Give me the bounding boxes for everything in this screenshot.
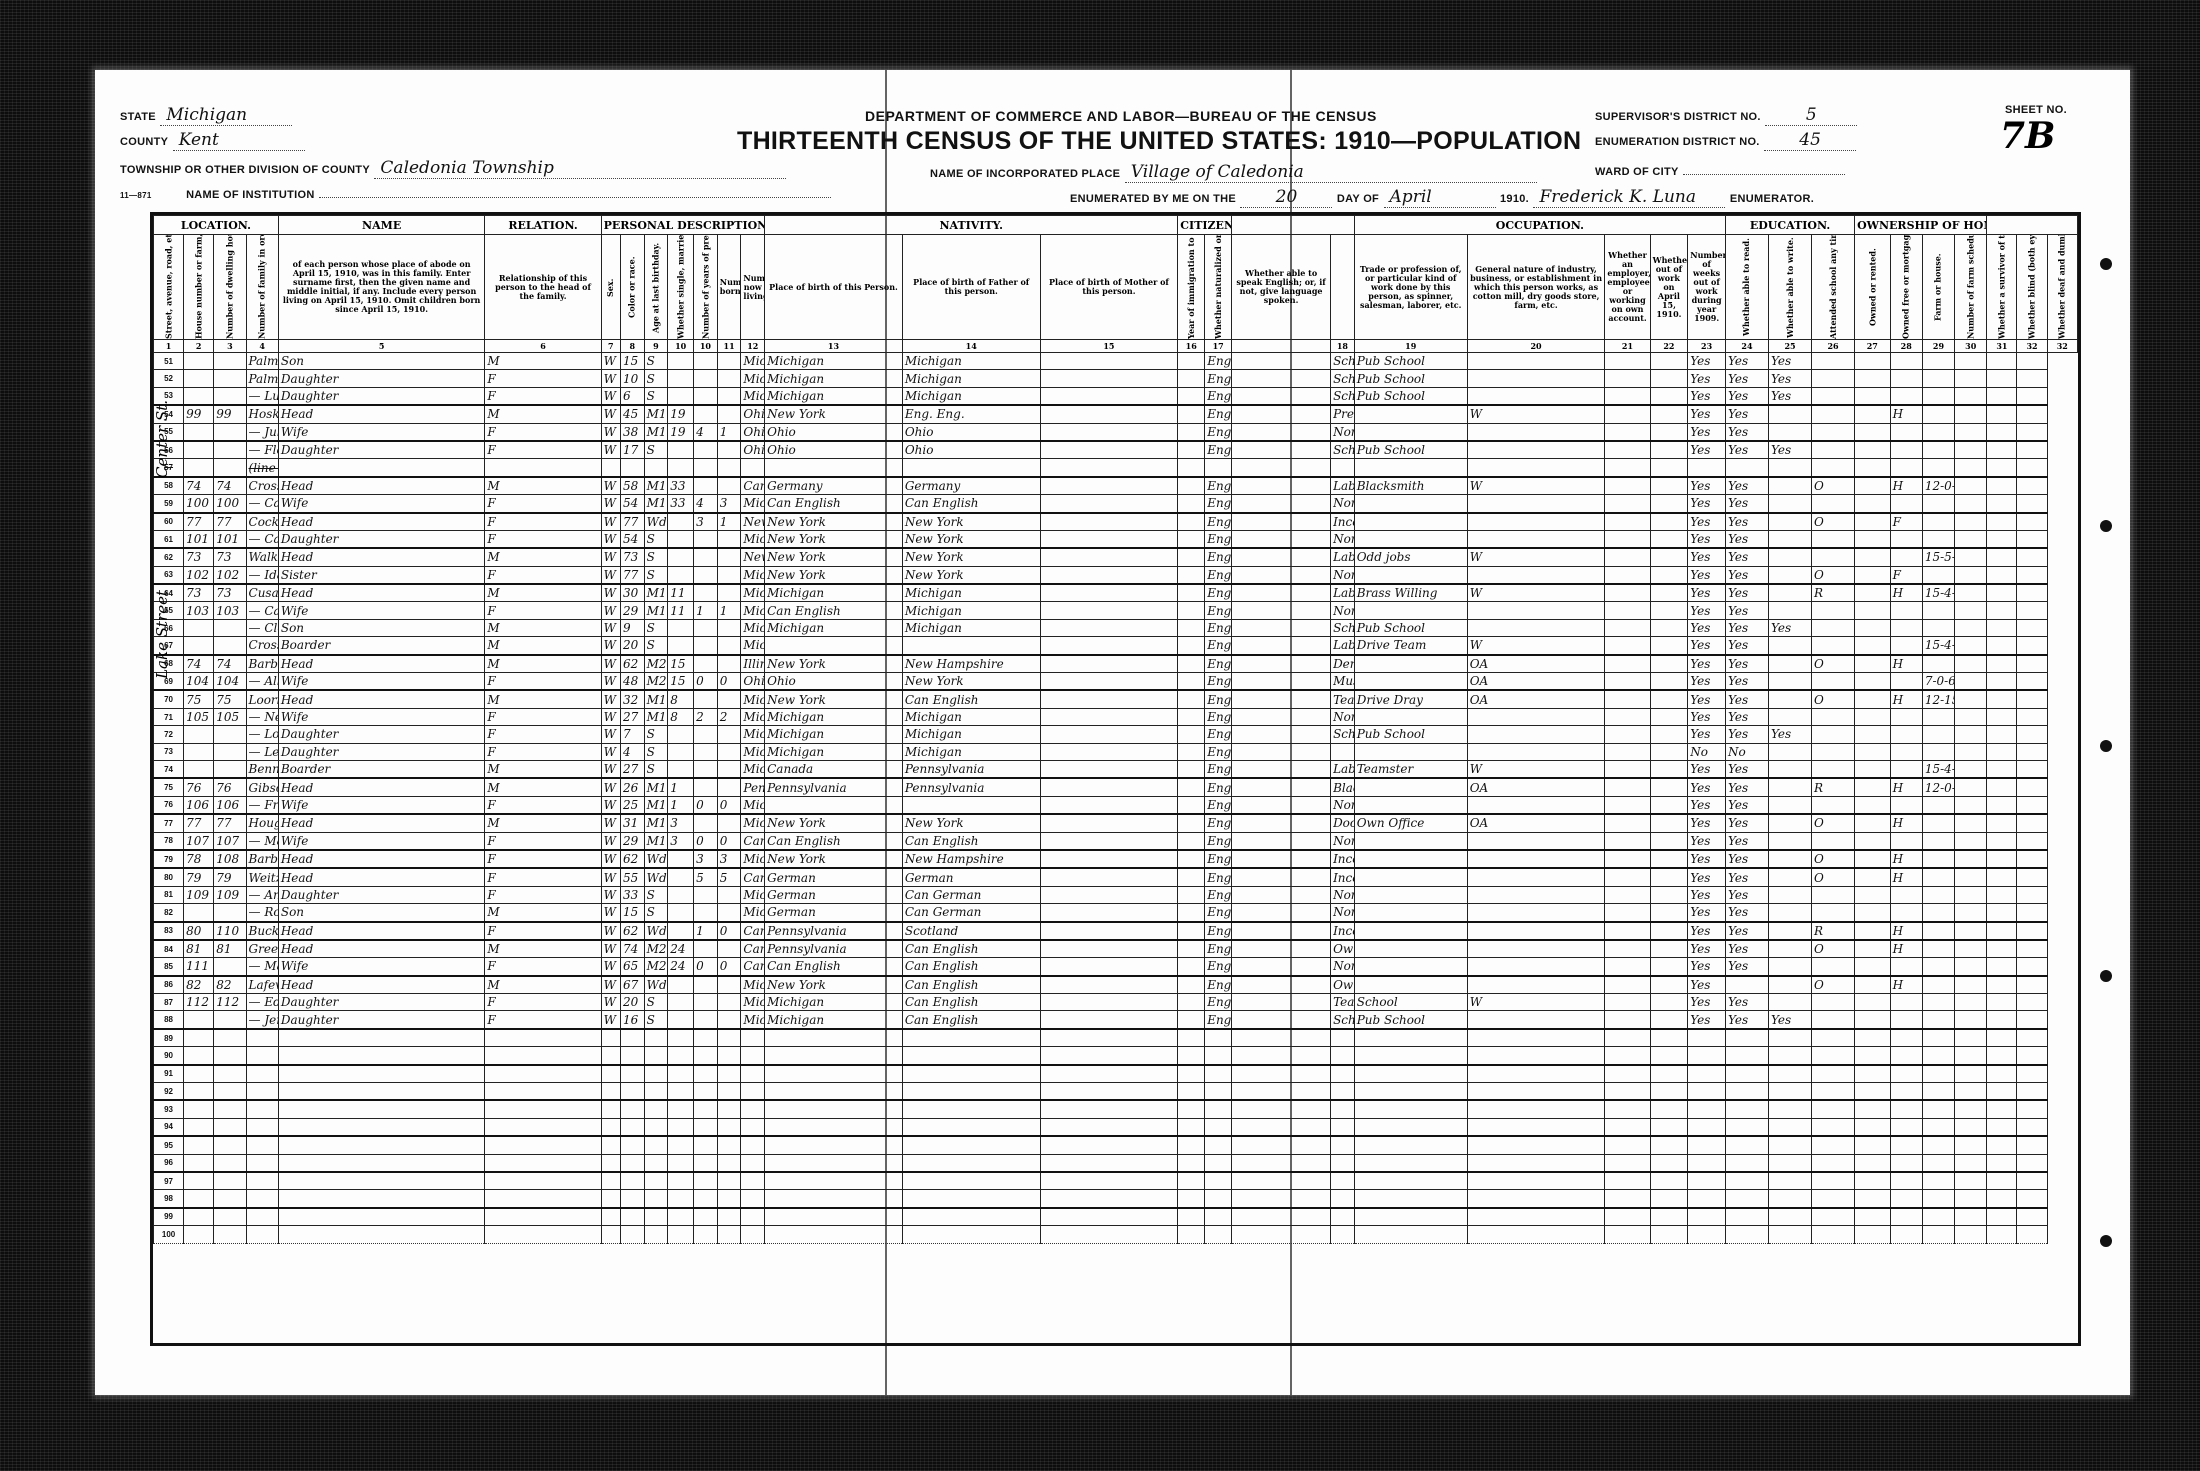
header-out-of-work: Whether out of work on April 15, 1910. [1650, 235, 1688, 340]
cell-empty [1232, 832, 1331, 850]
cell-lang: English [1205, 976, 1232, 994]
line-number: 58 [154, 477, 184, 495]
cell-read: Yes [1688, 477, 1726, 495]
cell-dwelling [184, 387, 214, 405]
cell-industry: Drive Dray [1354, 690, 1467, 708]
cell-schedule: 7-0-6-X [1922, 673, 1954, 691]
cell-lang: English [1205, 655, 1232, 673]
header-farm: Farm or house. [1922, 235, 1954, 340]
cell-bp: Michigan [741, 726, 765, 743]
cell-empty [1650, 1154, 1688, 1172]
cell-write: Yes [1725, 530, 1768, 548]
table-row: 97 [154, 1172, 2078, 1190]
cell-empty [1605, 958, 1650, 976]
cell-farm: H [1890, 850, 1922, 868]
cell-dwelling [184, 904, 214, 922]
line-number: 79 [154, 850, 184, 868]
cell-empty [1605, 566, 1650, 584]
cell-living [717, 814, 741, 832]
cell-empty [1232, 850, 1331, 868]
cell-bpf [765, 1083, 903, 1101]
cell-sex: M [485, 637, 601, 655]
cell-trade [1331, 1190, 1355, 1208]
cell-marital: Wd [644, 513, 668, 531]
cell-owned [1812, 637, 1855, 655]
cell-born [694, 370, 718, 387]
cell-empty [1040, 655, 1178, 673]
cell-race [601, 459, 620, 477]
cell-empty [1605, 441, 1650, 459]
cell-industry: Pub School [1354, 441, 1467, 459]
cell-name: — Catherine C [246, 495, 278, 513]
cell-name: — Maranda [246, 958, 278, 976]
cell-emp [1467, 441, 1605, 459]
column-number: 13 [765, 340, 903, 353]
cell-age [620, 1083, 644, 1101]
cell-marital: S [644, 441, 668, 459]
cell-dwelling [184, 637, 214, 655]
cell-read: Yes [1688, 584, 1726, 602]
cell-relation [278, 1136, 485, 1154]
cell-read: Yes [1688, 690, 1726, 708]
cell-read [1688, 1208, 1726, 1226]
cell-bpm: Can English [902, 976, 1040, 994]
cell-emp [1467, 708, 1605, 725]
cell-marital: Wd [644, 850, 668, 868]
cell-trade: Dentist [1331, 655, 1355, 673]
cell-empty [1987, 423, 2017, 441]
cell-race: W [601, 655, 620, 673]
cell-empty [1955, 1083, 1987, 1101]
cell-empty [1232, 886, 1331, 903]
cell-age: 33 [620, 886, 644, 903]
cell-family [214, 1011, 246, 1029]
cell-empty [1605, 1208, 1650, 1226]
cell-bp: Pennsylvania [741, 778, 765, 796]
cell-living [717, 405, 741, 423]
cell-farm: H [1890, 814, 1922, 832]
cell-trade: None [1331, 958, 1355, 976]
cell-marital: M2 [644, 958, 668, 976]
group-name: NAME [278, 216, 485, 235]
cell-sex: M [485, 690, 601, 708]
line-number: 84 [154, 940, 184, 958]
cell-trade: Music Teacher [1331, 673, 1355, 691]
cell-dwelling [184, 1190, 214, 1208]
cell-years [668, 1100, 694, 1118]
cell-empty [2017, 1172, 2047, 1190]
cell-born [694, 690, 718, 708]
cell-empty [1855, 690, 1891, 708]
cell-bp: New York [741, 513, 765, 531]
cell-family [214, 904, 246, 922]
cell-empty [1855, 1029, 1891, 1047]
cell-empty [1178, 619, 1205, 636]
cell-empty [1178, 940, 1205, 958]
cell-living: 0 [717, 922, 741, 940]
table-row: 71105105— NellieWifeFW27M1822MichiganMic… [154, 708, 2078, 725]
cell-years [668, 530, 694, 548]
cell-school [1769, 495, 1812, 513]
cell-age: 32 [620, 690, 644, 708]
cell-empty [1955, 513, 1987, 531]
cell-empty [1178, 370, 1205, 387]
cell-empty [1178, 1226, 1205, 1243]
cell-empty [1987, 1154, 2017, 1172]
cell-empty [1955, 1172, 1987, 1190]
cell-bpf: Michigan [765, 584, 903, 602]
cell-empty [1232, 1065, 1331, 1083]
cell-sex: F [485, 850, 601, 868]
cell-marital: S [644, 726, 668, 743]
county-field: COUNTY Kent [120, 130, 305, 151]
cell-empty [1040, 778, 1178, 796]
cell-relation [278, 1172, 485, 1190]
cell-family: 76 [214, 778, 246, 796]
cell-farm: H [1890, 584, 1922, 602]
table-row: 687474Barber William OHeadMW62M215Illino… [154, 655, 2078, 673]
cell-marital [644, 1047, 668, 1065]
column-number: 2 [184, 340, 214, 353]
cell-bp: Michigan [741, 796, 765, 814]
cell-bpm [902, 1100, 1040, 1118]
cell-write: Yes [1725, 405, 1768, 423]
cell-name: — Julia A [246, 423, 278, 441]
cell-born: 4 [694, 495, 718, 513]
cell-race [601, 1208, 620, 1226]
line-number: 61 [154, 530, 184, 548]
cell-age: 73 [620, 548, 644, 566]
cell-empty [2017, 726, 2047, 743]
cell-owned: O [1812, 850, 1855, 868]
cell-schedule [1922, 904, 1954, 922]
cell-owned [1812, 548, 1855, 566]
cell-dwelling [184, 423, 214, 441]
cell-years: 24 [668, 940, 694, 958]
cell-name: — Cleo [246, 619, 278, 636]
line-number: 59 [154, 495, 184, 513]
cell-empty [1232, 1136, 1331, 1154]
cell-empty [1040, 886, 1178, 903]
cell-empty [1232, 602, 1331, 619]
cell-empty [1855, 441, 1891, 459]
cell-schedule [1922, 1011, 1954, 1029]
cell-school [1769, 1154, 1812, 1172]
cell-relation: Sister [278, 566, 485, 584]
cell-bpm: New York [902, 548, 1040, 566]
cell-empty [1855, 1136, 1891, 1154]
cell-marital: M1 [644, 690, 668, 708]
cell-years: 24 [668, 958, 694, 976]
cell-emp [1467, 976, 1605, 994]
cell-empty [1650, 619, 1688, 636]
cell-owned [1812, 1011, 1855, 1029]
cell-farm [1890, 1100, 1922, 1118]
column-numbers: 1234567891010111213141516171819202122232… [154, 340, 2078, 353]
cell-dwelling [184, 1083, 214, 1101]
cell-lang: English [1205, 760, 1232, 778]
cell-bp: Michigan [741, 584, 765, 602]
column-number: 24 [1725, 340, 1768, 353]
cell-dwelling: 74 [184, 655, 214, 673]
cell-living: 3 [717, 495, 741, 513]
cell-living [717, 353, 741, 370]
cell-dwelling: 103 [184, 602, 214, 619]
cell-family [214, 423, 246, 441]
cell-empty [1650, 477, 1688, 495]
table-row: 89 [154, 1029, 2078, 1047]
cell-bpm [902, 459, 1040, 477]
cell-empty [1855, 673, 1891, 691]
cell-lang: English [1205, 566, 1232, 584]
cell-years [668, 1029, 694, 1047]
cell-name: — Lula M [246, 387, 278, 405]
cell-write: Yes [1725, 387, 1768, 405]
cell-race: W [601, 477, 620, 495]
cell-dwelling [184, 619, 214, 636]
cell-living: 1 [717, 602, 741, 619]
cell-farm: H [1890, 405, 1922, 423]
cell-sex [485, 1100, 601, 1118]
cell-owned [1812, 387, 1855, 405]
cell-dwelling: 76 [184, 778, 214, 796]
header-age: Age at last birthday. [644, 235, 668, 340]
table-row: 52Palmer FlorenceDaughterFW10SMichiganMi… [154, 370, 2078, 387]
cell-relation: Head [278, 655, 485, 673]
cell-schedule [1922, 441, 1954, 459]
cell-empty [2017, 1154, 2047, 1172]
cell-name: Palmer Raymond [246, 353, 278, 370]
cell-empty [1987, 796, 2017, 814]
cell-empty [1040, 922, 1178, 940]
cell-trade [1331, 1172, 1355, 1190]
cell-years [668, 886, 694, 903]
cell-bp [741, 1190, 765, 1208]
cell-empty [1855, 778, 1891, 796]
cell-empty [1178, 726, 1205, 743]
cell-family [214, 1047, 246, 1065]
cell-industry: Pub School [1354, 726, 1467, 743]
header-employer: Whether an employer, employee, or workin… [1605, 235, 1650, 340]
cell-empty [1955, 994, 1987, 1011]
cell-empty [1650, 1208, 1688, 1226]
cell-empty [1855, 1226, 1891, 1243]
group-relation: RELATION. [485, 216, 601, 235]
cell-relation: Wife [278, 832, 485, 850]
cell-years: 11 [668, 602, 694, 619]
column-number: 30 [1955, 340, 1987, 353]
cell-living: 1 [717, 423, 741, 441]
cell-bpf: New York [765, 566, 903, 584]
cell-lang: English [1205, 423, 1232, 441]
cell-name: Bennice Abe [246, 760, 278, 778]
cell-write [1725, 1100, 1768, 1118]
cell-owned [1812, 886, 1855, 903]
cell-empty [1987, 1226, 2017, 1243]
header-blind: Whether blind (both eyes). [2017, 235, 2047, 340]
cell-empty [1650, 760, 1688, 778]
cell-family: 105 [214, 708, 246, 725]
cell-age [620, 1047, 644, 1065]
cell-emp [1467, 353, 1605, 370]
cell-born: 3 [694, 850, 718, 868]
cell-living [717, 1172, 741, 1190]
cell-empty [1040, 637, 1178, 655]
cell-dwelling: 75 [184, 690, 214, 708]
cell-schedule [1922, 566, 1954, 584]
cell-empty [1855, 602, 1891, 619]
cell-farm [1890, 1154, 1922, 1172]
cell-school [1769, 530, 1812, 548]
cell-race: W [601, 922, 620, 940]
cell-family: 106 [214, 796, 246, 814]
cell-sex: M [485, 760, 601, 778]
header-weeks-out: Number of weeks out of work during year … [1688, 235, 1726, 340]
cell-owned [1812, 1154, 1855, 1172]
cell-marital: S [644, 904, 668, 922]
punch-hole-icon [2100, 1235, 2112, 1247]
cell-emp: OA [1467, 655, 1605, 673]
cell-farm [1890, 886, 1922, 903]
cell-schedule [1922, 1118, 1954, 1136]
cell-marital [644, 1226, 668, 1243]
cell-marital: S [644, 637, 668, 655]
cell-empty [2017, 1047, 2047, 1065]
cell-empty [1605, 814, 1650, 832]
cell-emp [1467, 1136, 1605, 1154]
cell-school [1769, 922, 1812, 940]
cell-race: W [601, 976, 620, 994]
cell-bp [741, 1172, 765, 1190]
cell-relation: Wife [278, 673, 485, 691]
cell-emp [1467, 886, 1605, 903]
cell-empty [1650, 778, 1688, 796]
cell-bp: Michigan [741, 637, 765, 655]
cell-lang: English [1205, 778, 1232, 796]
cell-empty [1232, 441, 1331, 459]
group-education: EDUCATION. [1725, 216, 1854, 235]
cell-empty [2017, 994, 2047, 1011]
cell-family [214, 1172, 246, 1190]
cell-industry: Odd jobs [1354, 548, 1467, 566]
cell-lang [1205, 1136, 1232, 1154]
cell-family: 82 [214, 976, 246, 994]
cell-sex: F [485, 886, 601, 903]
cell-dwelling: 100 [184, 495, 214, 513]
cell-trade: Scholar [1331, 619, 1355, 636]
cell-write: Yes [1725, 868, 1768, 886]
cell-read: Yes [1688, 405, 1726, 423]
cell-read: Yes [1688, 530, 1726, 548]
cell-empty [1955, 976, 1987, 994]
cell-empty [1605, 994, 1650, 1011]
cell-relation: Son [278, 619, 485, 636]
cell-schedule [1922, 1083, 1954, 1101]
cell-family: 104 [214, 673, 246, 691]
cell-emp [1467, 513, 1605, 531]
cell-lang [1205, 1083, 1232, 1101]
cell-race [601, 1083, 620, 1101]
cell-empty [1855, 1011, 1891, 1029]
cell-read: Yes [1688, 513, 1726, 531]
column-number: 29 [1922, 340, 1954, 353]
cell-name: Gibson Foster [246, 778, 278, 796]
cell-dwelling [184, 370, 214, 387]
table-row: 91 [154, 1065, 2078, 1083]
cell-trade: Blacksmith [1331, 778, 1355, 796]
institution-field: 11—871 NAME OF INSTITUTION [120, 185, 831, 203]
cell-relation: Head [278, 548, 485, 566]
cell-schedule [1922, 1047, 1954, 1065]
cell-years: 15 [668, 673, 694, 691]
cell-empty [1232, 1190, 1331, 1208]
cell-empty [1955, 1029, 1987, 1047]
table-row: 757676Gibson FosterHeadMW26M11Pennsylvan… [154, 778, 2078, 796]
cell-bpf [765, 1226, 903, 1243]
cell-write: Yes [1725, 778, 1768, 796]
cell-bp: Ohio [741, 441, 765, 459]
cell-bp: Michigan [741, 530, 765, 548]
cell-marital [644, 1083, 668, 1101]
cell-born [694, 994, 718, 1011]
street-annotation-center: Center St. [153, 400, 171, 478]
cell-empty [1178, 1047, 1205, 1065]
cell-sex: M [485, 976, 601, 994]
cell-empty [1605, 886, 1650, 903]
cell-empty [1040, 726, 1178, 743]
cell-empty [1650, 940, 1688, 958]
cell-bp: Michigan [741, 886, 765, 903]
cell-bp [741, 1100, 765, 1118]
cell-empty [1178, 886, 1205, 903]
cell-family: 81 [214, 940, 246, 958]
cell-empty [1650, 1047, 1688, 1065]
column-number: 32 [2017, 340, 2047, 353]
cell-read: Yes [1688, 602, 1726, 619]
cell-trade: Income [1331, 850, 1355, 868]
county-value: Kent [173, 130, 305, 151]
cell-bpm [902, 637, 1040, 655]
cell-relation: Head [278, 940, 485, 958]
sheet-number: 7B [2000, 115, 2055, 157]
cell-empty [1855, 1100, 1891, 1118]
cell-born [694, 1136, 718, 1154]
cell-empty [1605, 387, 1650, 405]
cell-empty [2017, 405, 2047, 423]
cell-empty [1232, 778, 1331, 796]
cell-empty [1040, 370, 1178, 387]
cell-empty [1955, 760, 1987, 778]
cell-lang [1205, 1047, 1232, 1065]
cell-living: 2 [717, 708, 741, 725]
cell-lang: English [1205, 796, 1232, 814]
cell-born [694, 1083, 718, 1101]
cell-empty [1650, 814, 1688, 832]
cell-empty [1178, 655, 1205, 673]
cell-empty [1987, 1190, 2017, 1208]
cell-age: 58 [620, 477, 644, 495]
cell-empty [1987, 994, 2017, 1011]
cell-read: Yes [1688, 726, 1726, 743]
table-row: 59100100— Catherine CWifeFW54M13343Michi… [154, 495, 2078, 513]
cell-farm: H [1890, 477, 1922, 495]
cell-empty [1650, 1029, 1688, 1047]
cell-empty [1955, 1226, 1987, 1243]
cell-born [694, 566, 718, 584]
cell-living [717, 994, 741, 1011]
cell-lang [1205, 1029, 1232, 1047]
cell-industry [1354, 886, 1467, 903]
